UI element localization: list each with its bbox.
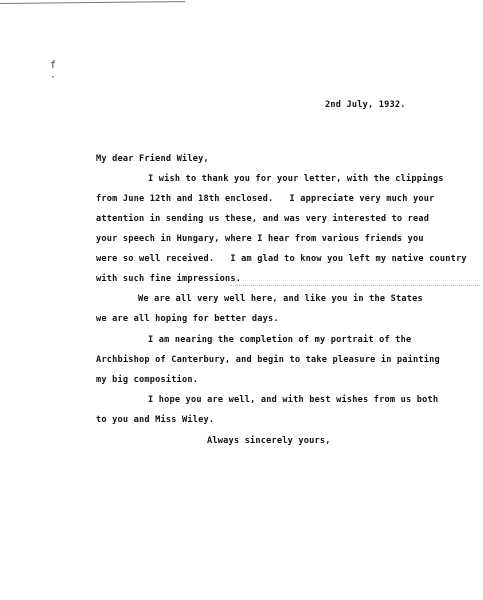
body-line: with such fine impressions. <box>96 274 241 284</box>
salutation: My dear Friend Wiley, <box>96 154 209 164</box>
body-line: I hope you are well, and with best wishe… <box>148 395 438 405</box>
scan-noise <box>230 285 480 289</box>
body-line: your speech in Hungary, where I hear fro… <box>96 234 424 244</box>
body-line: were so well received. I am glad to know… <box>96 254 467 264</box>
body-line: We are all very well here, and like you … <box>138 294 423 304</box>
body-line: attention in sending us these, and was v… <box>96 214 429 224</box>
body-line: my big composition. <box>96 375 198 385</box>
margin-mark: f· <box>50 60 56 84</box>
top-edge-rule <box>0 1 185 4</box>
closing: Always sincerely yours, <box>207 436 331 446</box>
letter-date: 2nd July, 1932. <box>325 100 406 110</box>
body-line: from June 12th and 18th enclosed. I appr… <box>96 194 435 204</box>
body-line: I am nearing the completion of my portra… <box>148 335 411 345</box>
body-line: we are all hoping for better days. <box>96 314 279 324</box>
body-line: I wish to thank you for your letter, wit… <box>148 174 444 184</box>
body-line: Archbishop of Canterbury, and begin to t… <box>96 355 440 365</box>
body-line: to you and Miss Wiley. <box>96 415 214 425</box>
